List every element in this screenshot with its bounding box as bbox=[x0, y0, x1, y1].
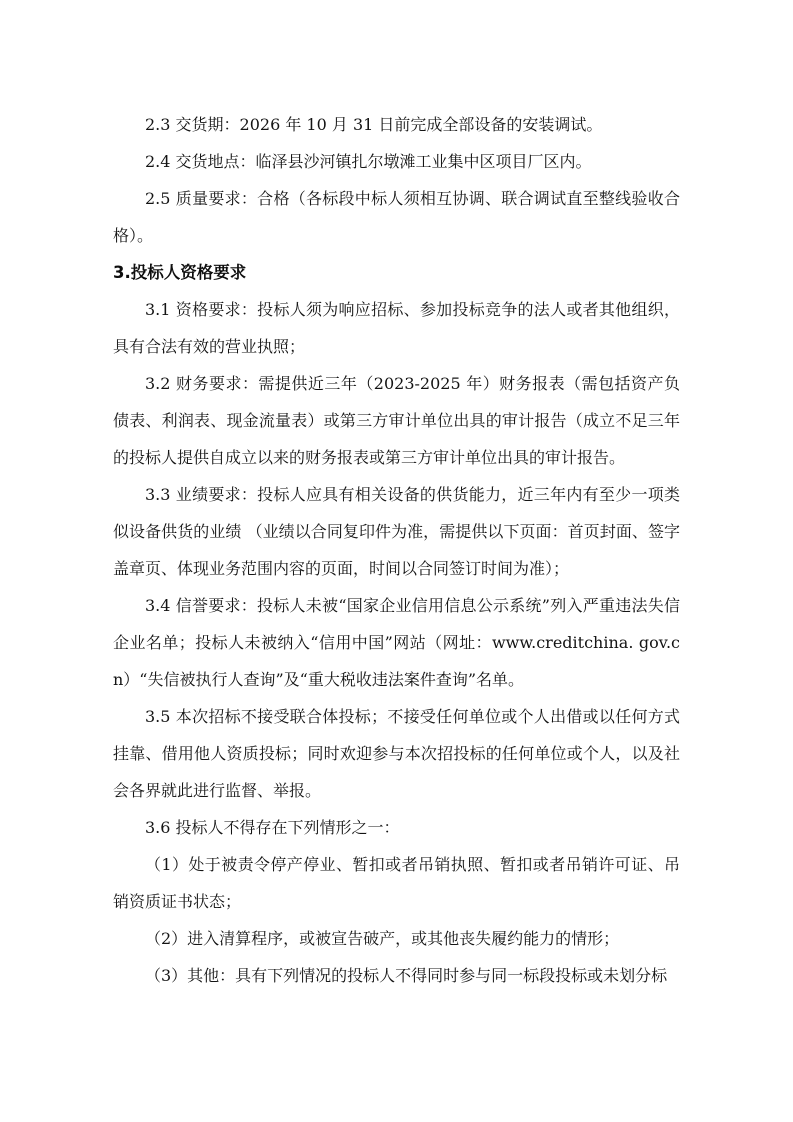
section-heading-bidder-qualifications: 3.投标人资格要求 bbox=[113, 254, 680, 291]
para-delivery-date: 2.3 交货期：2026 年 10 月 31 日前完成全部设备的安装调试。 bbox=[113, 106, 680, 143]
para-prohibited-situations-intro: 3.6 投标人不得存在下列情形之一： bbox=[113, 809, 680, 846]
para-prohibited-item-3: （3）其他：具有下列情况的投标人不得同时参与同一标段投标或未划分标 bbox=[113, 957, 680, 994]
para-qualification-requirement: 3.1 资格要求：投标人须为响应招标、参加投标竞争的法人或者其他组织，具有合法有… bbox=[113, 291, 680, 365]
para-consortium-bid-rule: 3.5 本次招标不接受联合体投标；不接受任何单位或个人出借或以任何方式挂靠、借用… bbox=[113, 698, 680, 809]
para-prohibited-item-1: （1）处于被责令停产停业、暂扣或者吊销执照、暂扣或者吊销许可证、吊销资质证书状态… bbox=[113, 846, 680, 920]
para-delivery-location: 2.4 交货地点：临泽县沙河镇扎尔墩滩工业集中区项目厂区内。 bbox=[113, 143, 680, 180]
para-prohibited-item-2: （2）进入清算程序，或被宣告破产，或其他丧失履约能力的情形； bbox=[113, 920, 680, 957]
para-performance-requirement: 3.3 业绩要求：投标人应具有相关设备的供货能力，近三年内有至少一项类似设备供货… bbox=[113, 476, 680, 587]
para-credit-requirement: 3.4 信誉要求：投标人未被“国家企业信用信息公示系统”列入严重违法失信企业名单… bbox=[113, 587, 680, 698]
para-financial-requirement: 3.2 财务要求：需提供近三年（2023-2025 年）财务报表（需包括资产负债… bbox=[113, 365, 680, 476]
para-quality-requirement: 2.5 质量要求：合格（各标段中标人须相互协调、联合调试直至整线验收合格）。 bbox=[113, 180, 680, 254]
document-page: 2.3 交货期：2026 年 10 月 31 日前完成全部设备的安装调试。 2.… bbox=[0, 0, 793, 1122]
